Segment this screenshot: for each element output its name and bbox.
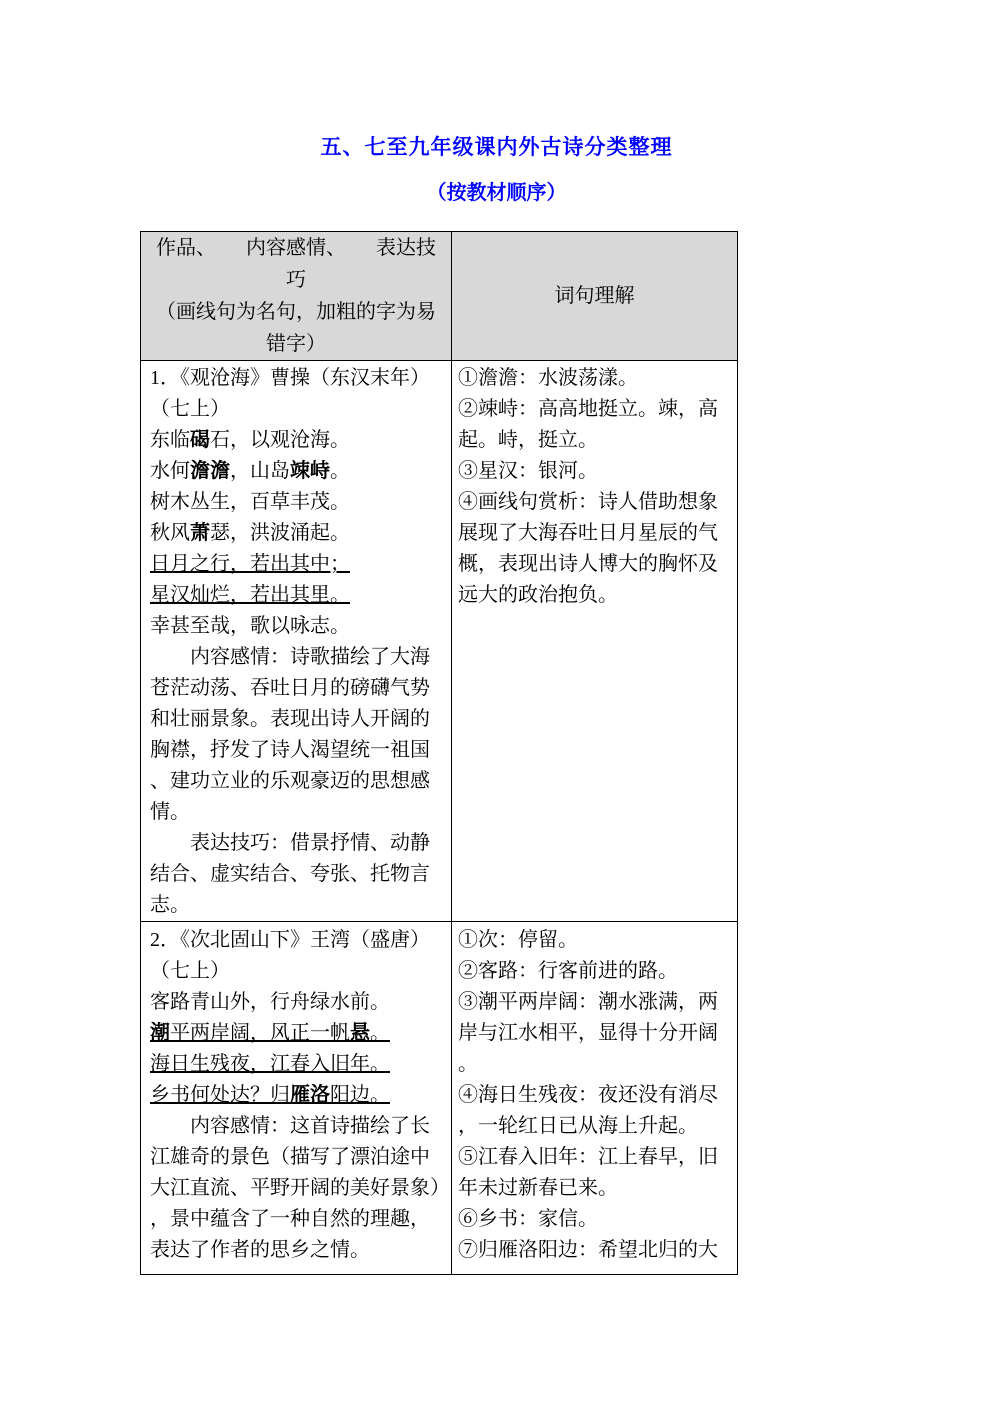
text-run: 雁洛 [290, 1084, 330, 1106]
paragraph: ①次：停留。 [458, 925, 731, 956]
text-run: ①澹澹：水波荡漾。 [458, 367, 638, 389]
paragraph: 1．《观沧海》曹操（东汉末年） [150, 363, 442, 394]
paragraph: ⑤江春入旧年：江上春早，旧年未过新春已来。 [458, 1142, 731, 1204]
paragraph: 客路青山外，行舟绿水前。 [150, 987, 442, 1018]
paragraph: ③星汉：银河。 [458, 456, 731, 487]
poem-1-row: 1．《观沧海》曹操（东汉末年）（七上）东临碣石，以观沧海。水何澹澹，山岛竦峙。树… [141, 361, 738, 922]
poem-2-annotations-cell: ①次：停留。②客路：行客前进的路。③潮平两岸阔：潮水涨满，两岸与江水相平，显得十… [452, 922, 738, 1275]
poem-study-table: 作品、 内容感情、 表达技巧（画线句为名句，加粗的字为易错字） 词句理解 1．《… [140, 231, 738, 1275]
text-run: 水何 [150, 460, 190, 482]
text-run: ②客路：行客前进的路。 [458, 960, 678, 982]
paragraph: ⑥乡书：家信。 [458, 1204, 731, 1235]
text-run: 表达技巧：借景抒情、动静结合、虚实结合、夸张、托物言志。 [150, 832, 430, 916]
text-run: （七上） [150, 960, 230, 982]
paragraph: ②客路：行客前进的路。 [458, 956, 731, 987]
paragraph: 秋风萧瑟，洪波涌起。 [150, 518, 442, 549]
paragraph: 幸甚至哉，歌以咏志。 [150, 611, 442, 642]
paragraph: 2．《次北固山下》王湾（盛唐） [150, 925, 442, 956]
paragraph: 内容感情：这首诗描绘了长江雄奇的景色（描写了漂泊途中大江直流、平野开阔的美好景象… [150, 1111, 442, 1266]
document-page: 五、七至九年级课内外古诗分类整理 （按教材顺序） 作品、 内容感情、 表达技巧（… [0, 0, 993, 1404]
text-run: （七上） [150, 398, 230, 420]
paragraph: （画线句为名句，加粗的字为易错字） [150, 296, 442, 360]
text-run: ④画线句赏析：诗人借助想象展现了大海吞吐日月星辰的气概，表现出诗人博大的胸怀及远… [458, 491, 718, 606]
text-run: ⑦归雁洛阳边：希望北归的大 [458, 1239, 718, 1261]
text-run: 1．《观沧海》曹操（东汉末年） [150, 367, 430, 389]
text-run: ，山岛 [230, 460, 290, 482]
text-run: 。 [330, 460, 350, 482]
header-understanding-label: 词句理解 [555, 281, 635, 312]
paragraph: ⑦归雁洛阳边：希望北归的大 [458, 1235, 731, 1266]
text-run: 幸甚至哉，歌以咏志。 [150, 615, 350, 637]
paragraph: 日月之行，若出其中； [150, 549, 442, 580]
document-subtitle: （按教材顺序） [0, 178, 993, 208]
poem-1-content-cell: 1．《观沧海》曹操（东汉末年）（七上）东临碣石，以观沧海。水何澹澹，山岛竦峙。树… [141, 361, 452, 922]
text-run: 2．《次北固山下》王湾（盛唐） [150, 929, 430, 951]
text-run: 萧 [190, 522, 210, 544]
text-run: 日月之行，若出其中； [150, 553, 350, 575]
paragraph: 水何澹澹，山岛竦峙。 [150, 456, 442, 487]
text-run: ③潮平两岸阔：潮水涨满，两岸与江水相平，显得十分开阔。 [458, 991, 718, 1075]
text-run: 内容感情：诗歌描绘了大海苍茫动荡、吞吐日月的磅礴气势和壮丽景象。表现出诗人开阔的… [150, 646, 430, 823]
paragraph: 树木丛生，百草丰茂。 [150, 487, 442, 518]
text-run: 悬 [350, 1022, 370, 1044]
header-cell-understanding: 词句理解 [452, 232, 738, 361]
poem-2-content-text: 2．《次北固山下》王湾（盛唐）（七上）客路青山外，行舟绿水前。潮平两岸阔，风正一… [150, 922, 442, 1274]
text-run: 平两岸阔，风正一帆 [170, 1022, 350, 1044]
paragraph: （七上） [150, 956, 442, 987]
text-run: 作品、 内容感情、 表达技巧 [156, 237, 436, 291]
poem-1-annotations-cell: ①澹澹：水波荡漾。②竦峙：高高地挺立。竦，高起。峙，挺立。③星汉：银河。④画线句… [452, 361, 738, 922]
text-run: 海日生残夜，江春入旧年。 [150, 1053, 390, 1075]
paragraph: 海日生残夜，江春入旧年。 [150, 1049, 442, 1080]
text-run: ③星汉：银河。 [458, 460, 598, 482]
paragraph: 表达技巧：借景抒情、动静结合、虚实结合、夸张、托物言志。 [150, 828, 442, 921]
text-run: 树木丛生，百草丰茂。 [150, 491, 350, 513]
text-run: 阳边。 [330, 1084, 390, 1106]
header-works-text: 作品、 内容感情、 表达技巧（画线句为名句，加粗的字为易错字） [150, 232, 442, 360]
text-run: 客路青山外，行舟绿水前。 [150, 991, 390, 1013]
text-run: 内容感情：这首诗描绘了长江雄奇的景色（描写了漂泊途中大江直流、平野开阔的美好景象… [150, 1115, 440, 1261]
paragraph: 乡书何处达？归雁洛阳边。 [150, 1080, 442, 1111]
text-run: 瑟，洪波涌起。 [210, 522, 350, 544]
poem-2-annotations-text: ①次：停留。②客路：行客前进的路。③潮平两岸阔：潮水涨满，两岸与江水相平，显得十… [458, 922, 731, 1274]
text-run: ⑤江春入旧年：江上春早，旧年未过新春已来。 [458, 1146, 718, 1199]
text-run: 。 [370, 1022, 390, 1044]
paragraph: 作品、 内容感情、 表达技巧 [150, 232, 442, 296]
poem-1-content-text: 1．《观沧海》曹操（东汉末年）（七上）东临碣石，以观沧海。水何澹澹，山岛竦峙。树… [150, 361, 442, 921]
text-run: ④海日生残夜：夜还没有消尽，一轮红日已从海上升起。 [458, 1084, 718, 1137]
paragraph: 东临碣石，以观沧海。 [150, 425, 442, 456]
text-run: 乡书何处达？归 [150, 1084, 290, 1106]
paragraph: ④画线句赏析：诗人借助想象展现了大海吞吐日月星辰的气概，表现出诗人博大的胸怀及远… [458, 487, 731, 611]
header-understanding-text: 词句理解 [458, 232, 731, 360]
paragraph: 潮平两岸阔，风正一帆悬。 [150, 1018, 442, 1049]
paragraph: （七上） [150, 394, 442, 425]
paragraph: 内容感情：诗歌描绘了大海苍茫动荡、吞吐日月的磅礴气势和壮丽景象。表现出诗人开阔的… [150, 642, 442, 828]
paragraph: ①澹澹：水波荡漾。 [458, 363, 731, 394]
paragraph: ④海日生残夜：夜还没有消尽，一轮红日已从海上升起。 [458, 1080, 731, 1142]
poem-2-row: 2．《次北固山下》王湾（盛唐）（七上）客路青山外，行舟绿水前。潮平两岸阔，风正一… [141, 922, 738, 1275]
header-cell-works: 作品、 内容感情、 表达技巧（画线句为名句，加粗的字为易错字） [141, 232, 452, 361]
paragraph: ②竦峙：高高地挺立。竦，高起。峙，挺立。 [458, 394, 731, 456]
paragraph: 星汉灿烂，若出其里。 [150, 580, 442, 611]
text-run: 东临 [150, 429, 190, 451]
poem-1-annotations-text: ①澹澹：水波荡漾。②竦峙：高高地挺立。竦，高起。峙，挺立。③星汉：银河。④画线句… [458, 361, 731, 921]
text-run: 星汉灿烂，若出其里。 [150, 584, 350, 606]
text-run: ⑥乡书：家信。 [458, 1208, 598, 1230]
text-run: ①次：停留。 [458, 929, 578, 951]
text-run: 碣 [190, 429, 210, 451]
text-run: ②竦峙：高高地挺立。竦，高起。峙，挺立。 [458, 398, 718, 451]
poem-2-content-cell: 2．《次北固山下》王湾（盛唐）（七上）客路青山外，行舟绿水前。潮平两岸阔，风正一… [141, 922, 452, 1275]
text-run: 竦峙 [290, 460, 330, 482]
text-run: 秋风 [150, 522, 190, 544]
text-run: 澹澹 [190, 460, 230, 482]
text-run: （画线句为名句，加粗的字为易错字） [156, 301, 436, 355]
paragraph: ③潮平两岸阔：潮水涨满，两岸与江水相平，显得十分开阔。 [458, 987, 731, 1080]
document-title: 五、七至九年级课内外古诗分类整理 [0, 132, 993, 162]
text-run: 潮 [150, 1022, 170, 1044]
table-header-row: 作品、 内容感情、 表达技巧（画线句为名句，加粗的字为易错字） 词句理解 [141, 232, 738, 361]
text-run: 石，以观沧海。 [210, 429, 350, 451]
